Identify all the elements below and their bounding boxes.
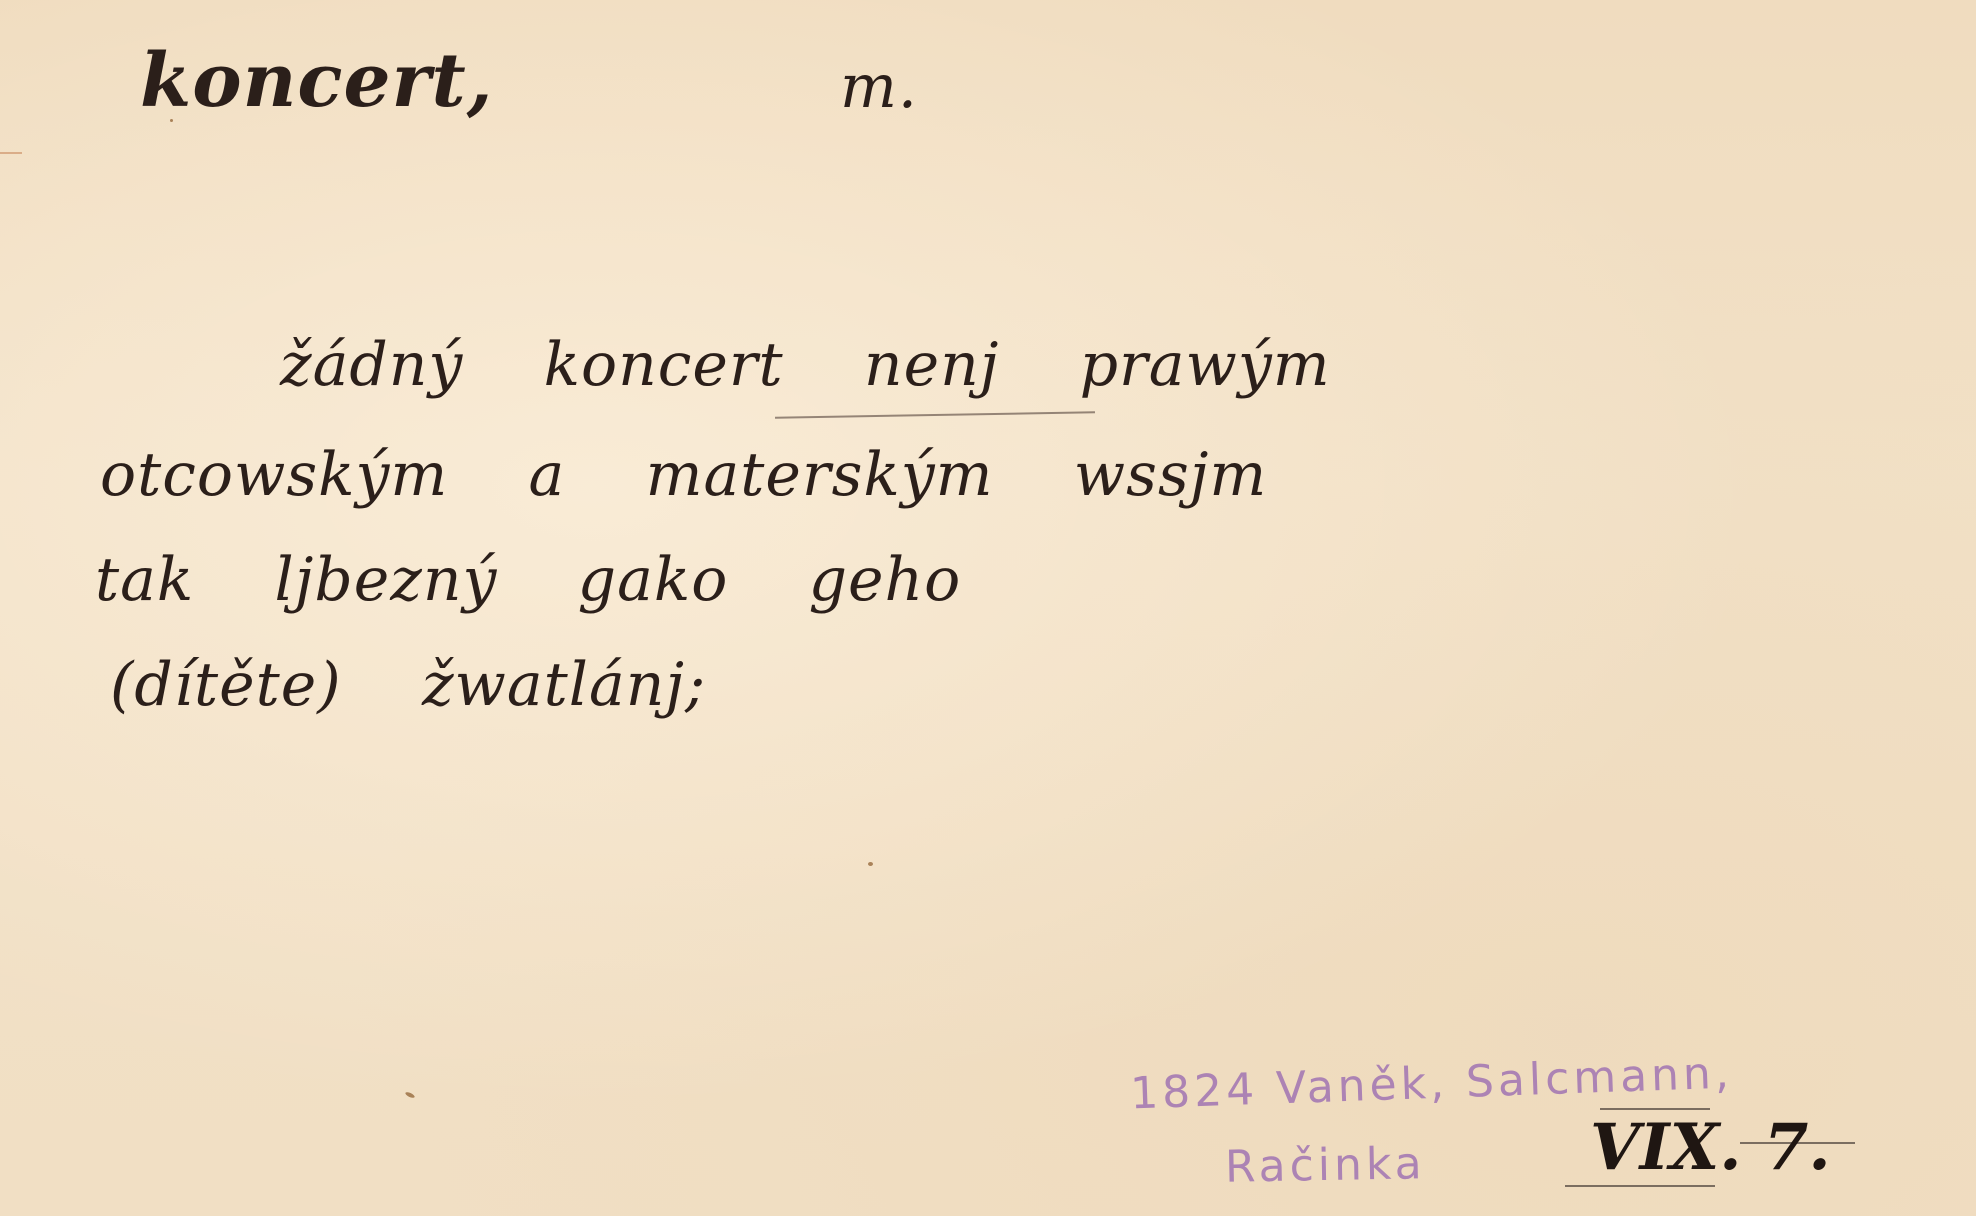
example-line-1: žádný koncert nenj prawým <box>280 330 1331 400</box>
paper-speck <box>405 1091 416 1099</box>
grammatical-gender: m. <box>840 52 918 122</box>
archive-stamp-line-2: Račinka <box>1225 1138 1426 1192</box>
example-line-text: tak ljbezný gako geho <box>95 545 961 615</box>
example-line-3: tak ljbezný gako geho <box>95 545 961 615</box>
dictionary-slip: koncert, m. žádný koncert nenj prawým ot… <box>0 0 1976 1216</box>
example-line-2: otcowským a materským wssjm <box>100 440 1267 510</box>
example-line-text: (dítěte) žwatlánj; <box>110 650 706 720</box>
headword: koncert, <box>140 38 494 124</box>
annotation-rule <box>1565 1185 1715 1187</box>
edge-mark <box>0 152 22 154</box>
paper-speck <box>170 119 173 122</box>
keyword-underline <box>775 411 1095 419</box>
example-line-text: otcowským a materským wssjm <box>100 440 1267 510</box>
paper-speck <box>868 862 873 866</box>
handwritten-annotation: VIX. 7. <box>1590 1110 1831 1185</box>
example-line-text: žádný koncert nenj prawým <box>280 330 1331 400</box>
example-line-4: (dítěte) žwatlánj; <box>110 650 706 720</box>
